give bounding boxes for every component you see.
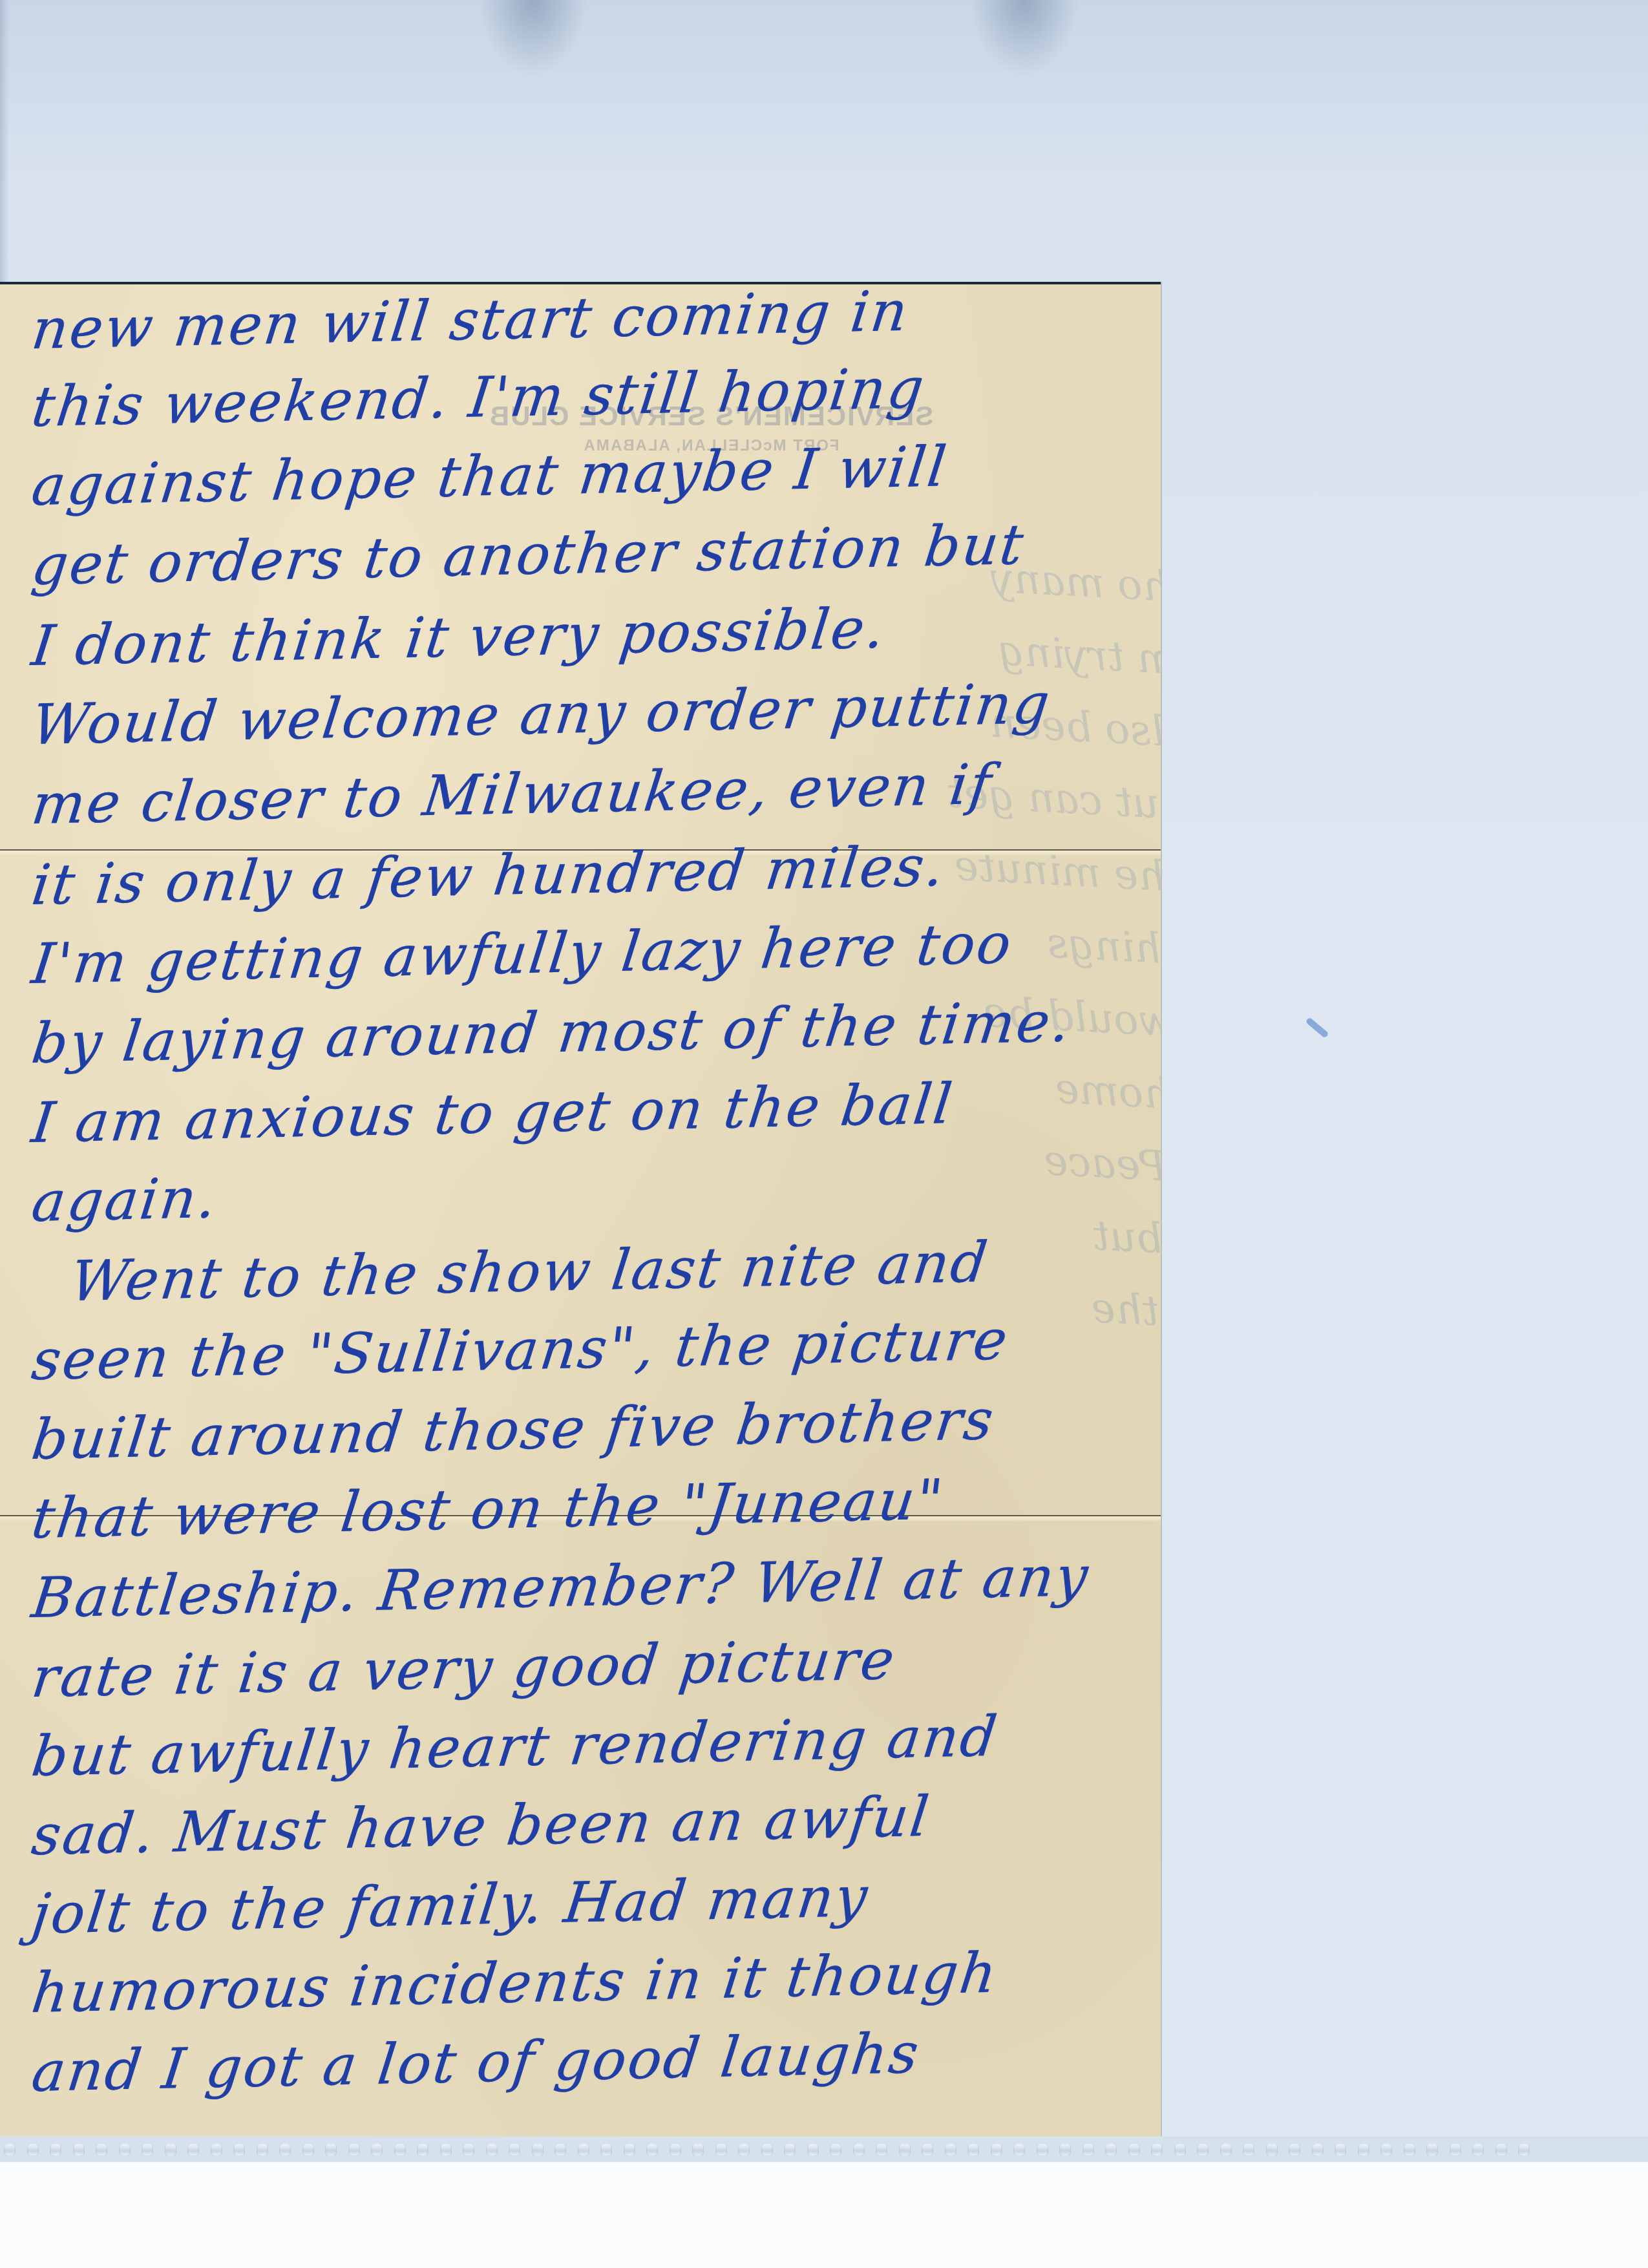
letter-line: I'm getting awfully lazy here too (28, 911, 1017, 997)
letter-line: but awfully heart rendering and (28, 1704, 1002, 1789)
letter-line: this weekend. I'm still hoping (28, 356, 929, 440)
letter-line: it is only a few hundred miles. (28, 834, 949, 918)
letter-line: sad. Must have been an awful (28, 1785, 934, 1868)
letter-line: jolt to the family. Had many (28, 1865, 872, 1947)
letter-line: me closer to Milwaukee, even if (28, 752, 997, 837)
sleeve-perforations (0, 2143, 1530, 2156)
letter-line: Would welcome any order putting (28, 672, 1055, 758)
letter-line: new men will start coming in (28, 282, 913, 362)
scan-margin (0, 2162, 1648, 2268)
scanner-shadow (969, 0, 1079, 78)
letter-line: Battleship. Remember? Well at any (28, 1544, 1093, 1631)
letter-line: and I got a lot of good laughs (28, 2021, 924, 2104)
letter-line: against hope that maybe I will (28, 434, 951, 518)
letter-line: rate it is a very good picture (28, 1627, 900, 1710)
letter-line: humorous incidents in it though (28, 1941, 1002, 2026)
letter-line: I dont think it very possible. (28, 596, 890, 679)
letter-line: built around those five brothers (28, 1388, 998, 1472)
letter-line: by laying around most of the time. (28, 990, 1075, 1076)
letter-line: again. (28, 1166, 222, 1235)
letter-line: Went to the show last nite and (67, 1230, 993, 1314)
letter-line: get orders to another station but (28, 513, 1028, 598)
letter-line: that were lost on the "Juneau" (28, 1468, 948, 1551)
letter-line: I am anxious to get on the ball (28, 1072, 957, 1156)
sleeve-perforated-strip (0, 2136, 1648, 2165)
scanner-shadow (478, 0, 588, 78)
letter-line: seen the "Sullivans", the picture (28, 1308, 1013, 1393)
handwritten-text: new men will start coming in this weeken… (0, 284, 1161, 2139)
letter-page: SERVICEMEN'S SERVICE CLUB FORT McCLELLAN… (0, 282, 1161, 2139)
